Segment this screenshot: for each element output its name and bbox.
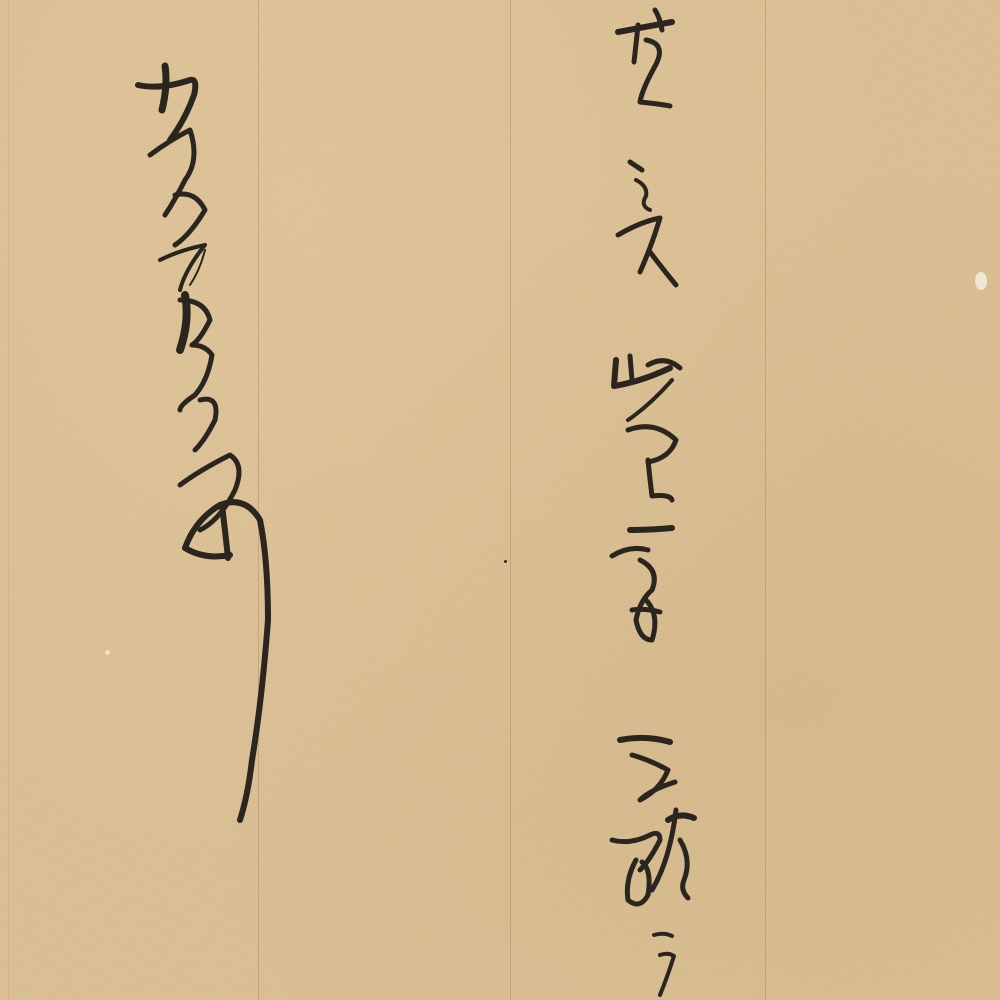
left-column-strokes (138, 66, 268, 820)
right-column-strokes (612, 10, 694, 995)
calligraphy-paper (0, 0, 1000, 1000)
calligraphy-ink (0, 0, 1000, 1000)
